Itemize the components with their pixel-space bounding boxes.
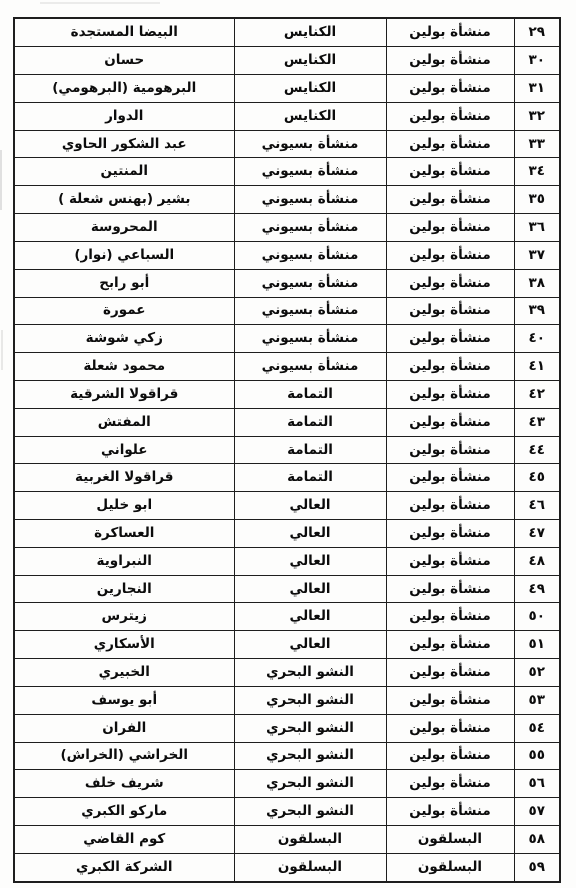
table-row: ٣٨ منشأة بولين منشأة بسيوني أبو رابح	[14, 269, 560, 297]
scanned-page: ٢٩ منشأة بولين الكنايس البيضا المستجدة ٣…	[0, 0, 576, 888]
cell-district: منشأة بولين	[386, 75, 514, 103]
table-body: ٢٩ منشأة بولين الكنايس البيضا المستجدة ٣…	[14, 18, 560, 882]
cell-serial-number: ٤٦	[514, 492, 560, 520]
cell-district: منشأة بولين	[386, 714, 514, 742]
cell-district: البسلقون	[386, 853, 514, 882]
cell-district: منشأة بولين	[386, 686, 514, 714]
cell-village: الكنايس	[234, 75, 386, 103]
cell-locality: الخبيري	[14, 659, 234, 687]
cell-locality: النجارين	[14, 575, 234, 603]
cell-locality: المفتش	[14, 408, 234, 436]
cell-village: منشأة بسيوني	[234, 186, 386, 214]
cell-locality: المحروسة	[14, 214, 234, 242]
cell-district: منشأة بولين	[386, 158, 514, 186]
table-row: ٥٠ منشأة بولين العالي زيترس	[14, 603, 560, 631]
cell-village: النشو البحري	[234, 742, 386, 770]
cell-district: منشأة بولين	[386, 353, 514, 381]
cell-serial-number: ٣٣	[514, 130, 560, 158]
cell-village: النشو البحري	[234, 659, 386, 687]
table-row: ٥٢ منشأة بولين النشو البحري الخبيري	[14, 659, 560, 687]
cell-serial-number: ٤٢	[514, 380, 560, 408]
cell-district: منشأة بولين	[386, 742, 514, 770]
table-row: ٤٩ منشأة بولين العالي النجارين	[14, 575, 560, 603]
cell-village: العالي	[234, 492, 386, 520]
table-row: ٣٣ منشأة بولين منشأة بسيوني عبد الشكور ا…	[14, 130, 560, 158]
cell-district: منشأة بولين	[386, 269, 514, 297]
table-row: ٥٣ منشأة بولين النشو البحري أبو يوسف	[14, 686, 560, 714]
table-row: ٤٤ منشأة بولين التمامة علواني	[14, 436, 560, 464]
cell-village: الكنايس	[234, 102, 386, 130]
cell-serial-number: ٤١	[514, 353, 560, 381]
cell-locality: المنتين	[14, 158, 234, 186]
cell-village: منشأة بسيوني	[234, 353, 386, 381]
cell-district: البسلقون	[386, 825, 514, 853]
cell-locality: محمود شعلة	[14, 353, 234, 381]
cell-serial-number: ٣٩	[514, 297, 560, 325]
cell-district: منشأة بولين	[386, 520, 514, 548]
cell-serial-number: ٥١	[514, 631, 560, 659]
cell-village: التمامة	[234, 464, 386, 492]
cell-serial-number: ٤٥	[514, 464, 560, 492]
cell-locality: البيضا المستجدة	[14, 18, 234, 47]
cell-village: الكنايس	[234, 47, 386, 75]
cell-locality: الشركة الكبري	[14, 853, 234, 882]
cell-locality: بشير (بهنس شعلة )	[14, 186, 234, 214]
cell-district: منشأة بولين	[386, 47, 514, 75]
table-row: ٤٧ منشأة بولين العالي العساكرة	[14, 520, 560, 548]
cell-serial-number: ٣٨	[514, 269, 560, 297]
table-row: ٣٢ منشأة بولين الكنايس الدوار	[14, 102, 560, 130]
cell-locality: ابو خليل	[14, 492, 234, 520]
cell-village: العالي	[234, 547, 386, 575]
cell-serial-number: ٤٠	[514, 325, 560, 353]
cell-locality: شريف خلف	[14, 770, 234, 798]
cell-serial-number: ٣٠	[514, 47, 560, 75]
cell-serial-number: ٥٨	[514, 825, 560, 853]
cell-village: الكنايس	[234, 18, 386, 47]
cell-village: النشو البحري	[234, 798, 386, 826]
table-row: ٤٢ منشأة بولين التمامة قراقولا الشرقية	[14, 380, 560, 408]
cell-village: منشأة بسيوني	[234, 158, 386, 186]
table-row: ٥١ منشأة بولين العالي الأسكاري	[14, 631, 560, 659]
cell-village: البسلقون	[234, 853, 386, 882]
cell-locality: أبو يوسف	[14, 686, 234, 714]
table-row: ٥٩ البسلقون البسلقون الشركة الكبري	[14, 853, 560, 882]
cell-village: منشأة بسيوني	[234, 130, 386, 158]
cell-district: منشأة بولين	[386, 214, 514, 242]
cell-district: منشأة بولين	[386, 325, 514, 353]
cell-serial-number: ٣١	[514, 75, 560, 103]
cell-district: منشأة بولين	[386, 18, 514, 47]
cell-locality: الخراشي (الخراش)	[14, 742, 234, 770]
cell-district: منشأة بولين	[386, 492, 514, 520]
cell-locality: البرهومية (البرهومي)	[14, 75, 234, 103]
cell-serial-number: ٤٤	[514, 436, 560, 464]
cell-locality: ماركو الكبري	[14, 798, 234, 826]
table-row: ٣٩ منشأة بولين منشأة بسيوني عمورة	[14, 297, 560, 325]
cell-locality: عمورة	[14, 297, 234, 325]
cell-serial-number: ٥٥	[514, 742, 560, 770]
localities-table: ٢٩ منشأة بولين الكنايس البيضا المستجدة ٣…	[13, 17, 561, 883]
cell-district: منشأة بولين	[386, 102, 514, 130]
cell-serial-number: ٤٣	[514, 408, 560, 436]
cell-village: النشو البحري	[234, 686, 386, 714]
cell-village: التمامة	[234, 408, 386, 436]
table-row: ٣٦ منشأة بولين منشأة بسيوني المحروسة	[14, 214, 560, 242]
cell-locality: كوم القاضي	[14, 825, 234, 853]
cell-village: النشو البحري	[234, 770, 386, 798]
cell-serial-number: ٥٠	[514, 603, 560, 631]
table-row: ٤٦ منشأة بولين العالي ابو خليل	[14, 492, 560, 520]
scan-edge-artifact	[0, 150, 2, 210]
cell-locality: الأسكاري	[14, 631, 234, 659]
cell-village: منشأة بسيوني	[234, 325, 386, 353]
cell-serial-number: ٢٩	[514, 18, 560, 47]
cell-district: منشأة بولين	[386, 798, 514, 826]
cell-village: التمامة	[234, 436, 386, 464]
cell-serial-number: ٤٩	[514, 575, 560, 603]
cell-serial-number: ٥٩	[514, 853, 560, 882]
table-row: ٣٧ منشأة بولين منشأة بسيوني السباعي (نوا…	[14, 241, 560, 269]
cell-village: التمامة	[234, 380, 386, 408]
cell-serial-number: ٣٤	[514, 158, 560, 186]
cell-locality: علواني	[14, 436, 234, 464]
table-row: ٥٨ البسلقون البسلقون كوم القاضي	[14, 825, 560, 853]
table-row: ٣٤ منشأة بولين منشأة بسيوني المنتين	[14, 158, 560, 186]
cell-serial-number: ٥٣	[514, 686, 560, 714]
cell-village: النشو البحري	[234, 714, 386, 742]
cell-district: منشأة بولين	[386, 464, 514, 492]
scan-edge-artifact	[40, 2, 160, 4]
cell-district: منشأة بولين	[386, 297, 514, 325]
cell-locality: العساكرة	[14, 520, 234, 548]
cell-district: منشأة بولين	[386, 575, 514, 603]
cell-locality: الدوار	[14, 102, 234, 130]
cell-district: منشأة بولين	[386, 186, 514, 214]
cell-village: العالي	[234, 603, 386, 631]
cell-village: العالي	[234, 631, 386, 659]
cell-district: منشأة بولين	[386, 241, 514, 269]
table-row: ٤٠ منشأة بولين منشأة بسيوني زكي شوشة	[14, 325, 560, 353]
cell-locality: قراقولا الغربية	[14, 464, 234, 492]
table-row: ٣٠ منشأة بولين الكنايس حسان	[14, 47, 560, 75]
cell-locality: الفران	[14, 714, 234, 742]
cell-locality: أبو رابح	[14, 269, 234, 297]
cell-village: العالي	[234, 575, 386, 603]
scan-edge-artifact	[1, 330, 3, 370]
cell-serial-number: ٥٢	[514, 659, 560, 687]
table-row: ٤٥ منشأة بولين التمامة قراقولا الغربية	[14, 464, 560, 492]
cell-district: منشأة بولين	[386, 659, 514, 687]
table-row: ٥٥ منشأة بولين النشو البحري الخراشي (الخ…	[14, 742, 560, 770]
cell-serial-number: ٣٧	[514, 241, 560, 269]
table-row: ٤١ منشأة بولين منشأة بسيوني محمود شعلة	[14, 353, 560, 381]
cell-district: منشأة بولين	[386, 380, 514, 408]
cell-serial-number: ٣٢	[514, 102, 560, 130]
cell-village: البسلقون	[234, 825, 386, 853]
table-row: ٥٦ منشأة بولين النشو البحري شريف خلف	[14, 770, 560, 798]
table-row: ٢٩ منشأة بولين الكنايس البيضا المستجدة	[14, 18, 560, 47]
cell-village: منشأة بسيوني	[234, 214, 386, 242]
table-row: ٣١ منشأة بولين الكنايس البرهومية (البرهو…	[14, 75, 560, 103]
cell-village: منشأة بسيوني	[234, 269, 386, 297]
cell-village: منشأة بسيوني	[234, 241, 386, 269]
cell-locality: عبد الشكور الحاوي	[14, 130, 234, 158]
cell-village: منشأة بسيوني	[234, 297, 386, 325]
cell-locality: قراقولا الشرقية	[14, 380, 234, 408]
cell-serial-number: ٣٥	[514, 186, 560, 214]
table-row: ٣٥ منشأة بولين منشأة بسيوني بشير (بهنس ش…	[14, 186, 560, 214]
table-row: ٥٧ منشأة بولين النشو البحري ماركو الكبري	[14, 798, 560, 826]
cell-village: العالي	[234, 520, 386, 548]
cell-locality: حسان	[14, 47, 234, 75]
cell-district: منشأة بولين	[386, 436, 514, 464]
cell-district: منشأة بولين	[386, 770, 514, 798]
table-row: ٤٨ منشأة بولين العالي النبراوية	[14, 547, 560, 575]
cell-locality: السباعي (نوار)	[14, 241, 234, 269]
cell-district: منشأة بولين	[386, 631, 514, 659]
cell-serial-number: ٤٨	[514, 547, 560, 575]
cell-locality: زكي شوشة	[14, 325, 234, 353]
table-row: ٥٤ منشأة بولين النشو البحري الفران	[14, 714, 560, 742]
cell-district: منشأة بولين	[386, 547, 514, 575]
cell-district: منشأة بولين	[386, 603, 514, 631]
cell-serial-number: ٤٧	[514, 520, 560, 548]
cell-serial-number: ٥٤	[514, 714, 560, 742]
cell-district: منشأة بولين	[386, 130, 514, 158]
cell-locality: زيترس	[14, 603, 234, 631]
cell-locality: النبراوية	[14, 547, 234, 575]
cell-district: منشأة بولين	[386, 408, 514, 436]
cell-serial-number: ٥٦	[514, 770, 560, 798]
cell-serial-number: ٥٧	[514, 798, 560, 826]
cell-serial-number: ٣٦	[514, 214, 560, 242]
table-row: ٤٣ منشأة بولين التمامة المفتش	[14, 408, 560, 436]
